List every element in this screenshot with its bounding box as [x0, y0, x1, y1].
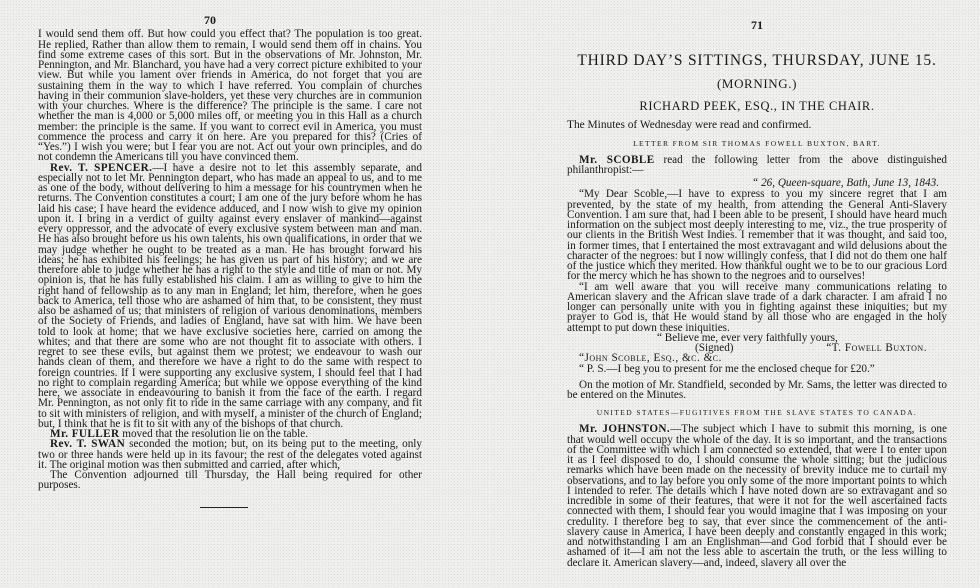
section-heading-buxton-letter: Letter from Sir Thomas Fowell Buxton, Ba… — [567, 139, 947, 149]
paragraph-swan: Rev. T. SWAN seconded the motion; but, o… — [38, 439, 422, 470]
paragraph-continuation: I would send them off. But how could you… — [38, 29, 422, 162]
right-page: 71 THIRD DAY’S SITTINGS, THURSDAY, JUNE … — [490, 0, 980, 588]
letter-dateline: “ 26, Queen-square, Bath, June 13, 1843. — [567, 178, 947, 188]
letter-postscript: “ P. S.—I beg you to present for me the … — [567, 364, 947, 374]
section-heading-fugitives: United States—Fugitives from the Slave S… — [567, 408, 947, 418]
paragraph-johnston: Mr. JOHNSTON.—The subject which I have t… — [567, 424, 947, 568]
section-end-rule — [200, 507, 248, 509]
paragraph-scoble-intro: Mr. SCOBLE read the following letter fro… — [567, 155, 947, 176]
signature: “T. Fowell Buxton. — [826, 343, 927, 353]
letter-paragraph-1: “My Dear Scoble,—I have to express to yo… — [567, 189, 947, 281]
session-subtitle: (MORNING.) — [547, 76, 967, 92]
spencer-speech: —I have a desire not to let this assembl… — [38, 162, 422, 430]
letter-paragraph-2: “I am well aware that you will receive m… — [567, 282, 947, 333]
minutes-line: The Minutes of Wednesday were read and c… — [567, 120, 947, 130]
right-text-column: 71 THIRD DAY’S SITTINGS, THURSDAY, JUNE … — [567, 20, 947, 568]
left-text-column: 70 I would send them off. But how could … — [38, 15, 422, 508]
johnston-speech: —The subject which I have to submit this… — [567, 423, 947, 568]
page-number-left: 70 — [0, 15, 422, 25]
chair-line: RICHARD PEEK, ESQ., IN THE CHAIR. — [547, 98, 967, 114]
paragraph-adjourn: The Convention adjourned till Thursday, … — [38, 470, 422, 491]
paragraph-motion: On the motion of Mr. Standfield, seconde… — [567, 380, 947, 401]
paragraph-spencer: Rev. T. SPENCER.—I have a desire not to … — [38, 163, 422, 430]
page-title: THIRD DAY’S SITTINGS, THURSDAY, JUNE 15. — [547, 52, 967, 70]
letter-addressee: “John Scoble, Esq., &c. &c. — [567, 353, 947, 363]
left-page: 70 I would send them off. But how could … — [0, 0, 490, 588]
page-number-right: 71 — [567, 20, 947, 30]
